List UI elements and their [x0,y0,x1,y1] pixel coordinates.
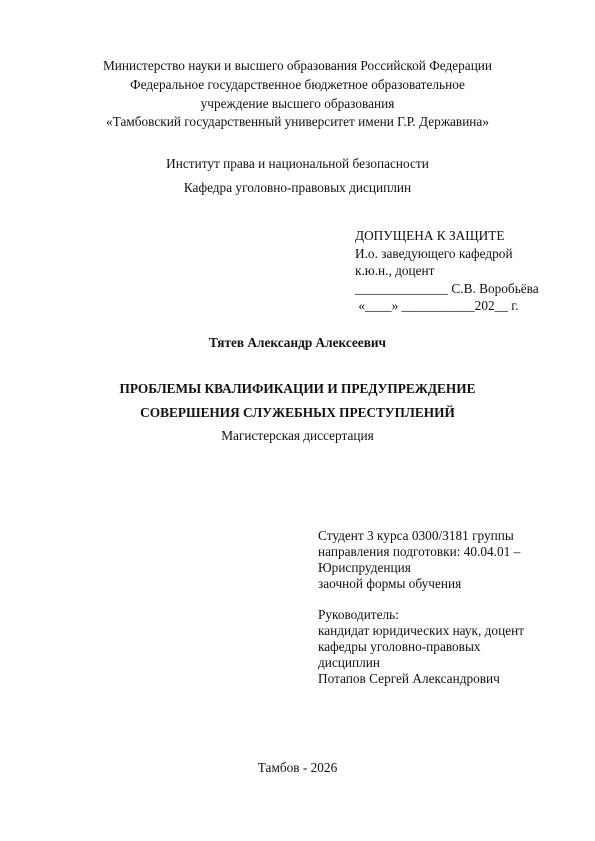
approval-title: ДОПУЩЕНА К ЗАЩИТЕ [355,227,539,245]
department-name: Кафедра уголовно-правовых дисциплин [0,180,595,196]
footer-city-year: Тамбов - 2026 [0,760,595,776]
student-line-3: Юриспруденция [318,560,520,576]
supervisor-line-3: дисциплин [318,655,524,671]
student-block: Студент 3 курса 0300/3181 группы направл… [318,528,520,592]
supervisor-block: Руководитель: кандидат юридических наук,… [318,607,524,687]
approval-block: ДОПУЩЕНА К ЗАЩИТЕ И.о. заведующего кафед… [355,227,539,315]
thesis-title-line-1: ПРОБЛЕМЫ КВАЛИФИКАЦИИ И ПРЕДУПРЕЖДЕНИЕ [0,381,595,397]
ministry-line: Министерство науки и высшего образования… [0,58,595,74]
supervisor-label: Руководитель: [318,607,524,623]
approval-date-line: «____» ___________202__ г. [355,297,539,315]
supervisor-name: Потапов Сергей Александрович [318,671,524,687]
institution-line-2: учреждение высшего образования [0,96,595,112]
approval-degree: к.ю.н., доцент [355,262,539,280]
university-name: «Тамбовский государственный университет … [0,114,595,130]
institute-name: Институт права и национальной безопаснос… [0,156,595,172]
thesis-type: Магистерская диссертация [0,428,595,444]
student-line-2: направления подготовки: 40.04.01 – [318,544,520,560]
approval-signature-line: ______________ С.В. Воробьёва [355,280,539,298]
supervisor-line-2: кафедры уголовно-правовых [318,639,524,655]
institution-line-1: Федеральное государственное бюджетное об… [0,77,595,93]
student-line-4: заочной формы обучения [318,576,520,592]
thesis-title-line-2: СОВЕРШЕНИЯ СЛУЖЕБНЫХ ПРЕСТУПЛЕНИЙ [0,405,595,421]
student-line-1: Студент 3 курса 0300/3181 группы [318,528,520,544]
author-name: Тятев Александр Алексеевич [0,335,595,351]
approval-position: И.о. заведующего кафедрой [355,245,539,263]
supervisor-line-1: кандидат юридических наук, доцент [318,623,524,639]
